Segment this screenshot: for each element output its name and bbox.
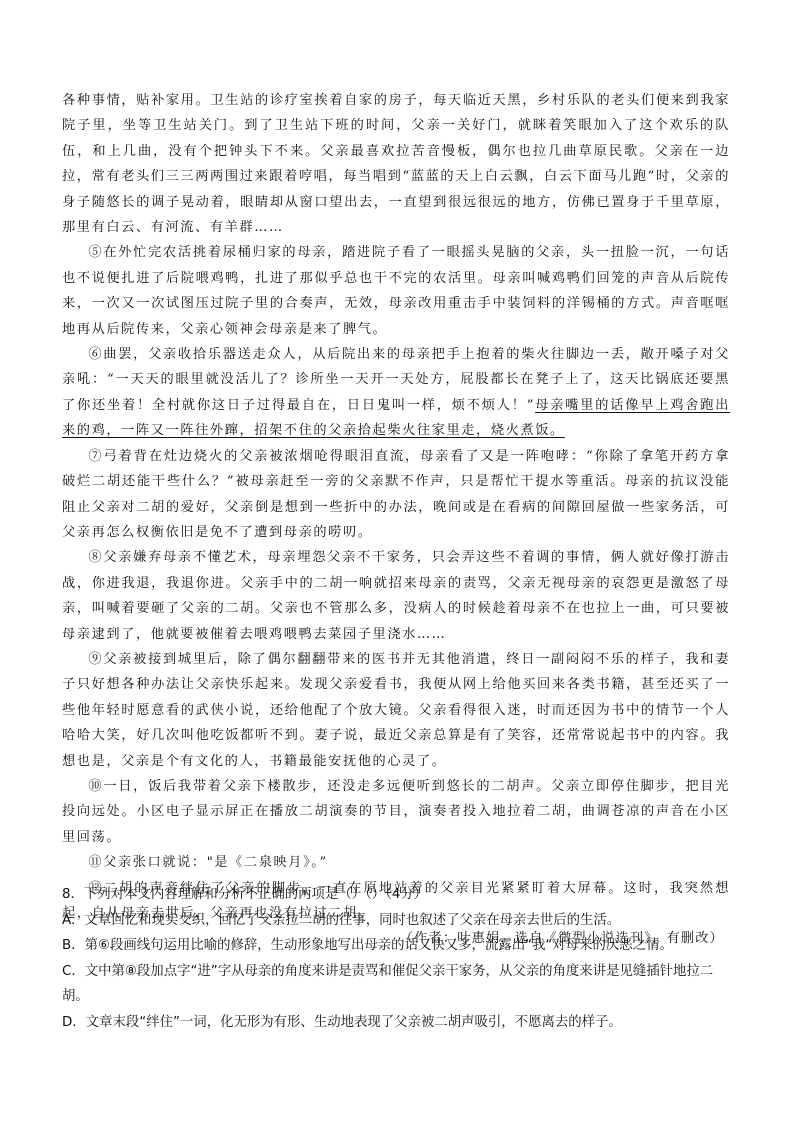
option-a: A．文章回忆和现实交织，回忆了父亲拉二胡的往事，同时也叙述了父亲在母亲去世后的生… <box>62 908 730 934</box>
paragraph-11: ⑪父亲张口就说："是《二泉映月》。” <box>62 850 730 875</box>
question-stem: 8．下列对本文内容理解和分析不正确的两项是（）（）（4分） <box>62 882 730 908</box>
paragraph-6: ⑥曲罢，父亲收拾乐器送走众人，从后院出来的母亲把手上抱着的柴火往脚边一丢，敞开嗓… <box>62 342 730 444</box>
reading-passage: 各种事情，贴补家用。卫生站的诊疗室挨着自家的房子，每天临近天黑，乡村乐队的老头们… <box>62 88 730 952</box>
option-d: D．文章末段“绊住”一词，化无形为有形、生动地表现了父亲被二胡声吸引，不愿离去的… <box>62 1010 730 1036</box>
option-c: C．文中第⑧段加点字“进”字从母亲的角度来讲是责骂和催促父亲干家务，从父亲的角度… <box>62 959 730 1010</box>
paragraph-10: ⑩一日，饭后我带着父亲下楼散步，还没走多远便听到悠长的二胡声。父亲立即停住脚步，… <box>62 774 730 850</box>
question-8: 8．下列对本文内容理解和分析不正确的两项是（）（）（4分） A．文章回忆和现实交… <box>62 882 730 1036</box>
paragraph-5: ⑤在外忙完农活挑着尿桶归家的母亲，踏进院子看了一眼摇头晃脑的父亲，头一扭脸一沉，… <box>62 240 730 342</box>
option-b: B．第⑥段画线句运用比喻的修辞，生动形象地写出母亲的话又快又多，流露出“我“对母… <box>62 933 730 959</box>
document-page: 各种事情，贴补家用。卫生站的诊疗室挨着自家的房子，每天临近天黑，乡村乐队的老头们… <box>0 0 794 1123</box>
paragraph-4-continued: 各种事情，贴补家用。卫生站的诊疗室挨着自家的房子，每天临近天黑，乡村乐队的老头们… <box>62 88 730 240</box>
paragraph-7: ⑦弓着背在灶边烧火的父亲被浓烟呛得眼泪直流，母亲看了又是一阵咆哮：“你除了拿笔开… <box>62 444 730 546</box>
paragraph-8: ⑧父亲嫌弃母亲不懂艺术，母亲埋怨父亲不干家务，只会弄这些不着调的事情，俩人就好像… <box>62 545 730 647</box>
paragraph-9: ⑨父亲被接到城里后，除了偶尔翻翻带来的医书并无其他消遣，终日一副闷闷不乐的样子，… <box>62 647 730 774</box>
